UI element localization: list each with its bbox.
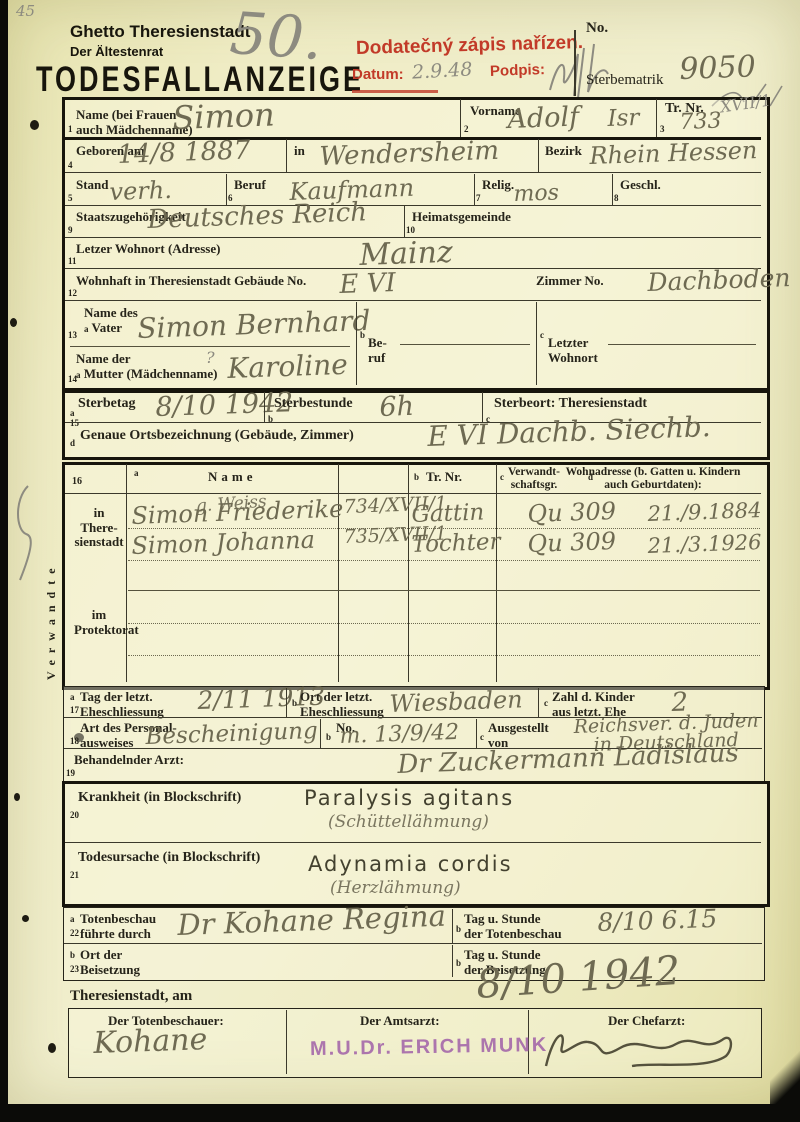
ehe-ort-label: Ort der letzt. Eheschliessung: [300, 690, 384, 719]
ausgestellt-prefix: c: [480, 732, 484, 742]
row-border: [65, 300, 761, 301]
margin-pencil-mark: [8, 480, 38, 590]
name-label-line1: Name (bei Frauen: [76, 107, 176, 122]
col-c-prefix: c: [500, 472, 504, 482]
relig-value: mos: [513, 180, 559, 207]
field-num: 10: [406, 225, 415, 235]
field-num: 11: [68, 256, 77, 266]
letzter-label-line1: Letzter: [548, 335, 588, 350]
beisetzung-ort-label: Ort der Beisetzung: [80, 948, 140, 977]
col-wohn-line2: auch Geburtdaten):: [604, 479, 701, 491]
mutter-pencil-mark: ?: [206, 348, 215, 367]
krankheit-label: Krankheit (in Blockschrift): [78, 790, 241, 806]
cell-divider: [226, 174, 227, 205]
beruf2-label-line1: Be-: [368, 335, 387, 350]
wohnort-label: Letzer Wohnort (Adresse): [76, 242, 220, 257]
verwandte-side-label: Verwandte: [44, 540, 59, 680]
write-line: [70, 346, 350, 347]
in-label: in: [294, 144, 305, 159]
col-b-prefix: b: [414, 472, 419, 482]
bezirk-value: Rhein Hessen: [589, 136, 758, 170]
beisetzung-line1: Ort der: [80, 947, 122, 962]
document-scan: 45 Ghetto Theresienstadt Der Ältestenrat…: [0, 0, 800, 1122]
stand-value: verh.: [109, 176, 172, 206]
no-label: No.: [586, 20, 608, 37]
ehe-ort-prefix: b: [292, 698, 297, 708]
group1-line1: in There-: [80, 505, 117, 535]
cell-divider: [656, 99, 657, 137]
field-num: 1: [68, 124, 73, 134]
dotted-row-line: [128, 560, 760, 561]
paper-speck: [30, 120, 39, 130]
gebaeude-value: E VI: [339, 268, 396, 300]
beisetzung-ort-prefix: b: [70, 950, 75, 960]
field-num: 5: [68, 193, 73, 203]
mutter-value: Karoline: [227, 348, 348, 385]
ausweis-no-value: m. 13/9/42: [339, 720, 459, 749]
dotted-row-line: [128, 623, 760, 624]
field-num: 18: [70, 736, 79, 746]
field-num: 20: [70, 810, 79, 820]
beschau-line1: Totenbeschau: [80, 911, 156, 926]
relative-relation: Tochter: [411, 529, 501, 558]
beschau-zeit-line2: der Totenbeschau: [464, 926, 562, 941]
vorname-value: Adolf: [507, 102, 580, 135]
field-num: 14: [68, 374, 77, 384]
todesursache-value: Adynamia cordis: [308, 852, 513, 876]
field-num: 23: [70, 964, 79, 974]
paper-speck: [10, 318, 17, 327]
cell-divider: [538, 688, 539, 717]
col-wohn-line1: Wohnadresse (b. Gatten u. Kindern: [566, 466, 741, 478]
field-num: 22: [70, 928, 79, 938]
mutter-label: Name der a Mutter (Mädchenname): [76, 352, 217, 381]
mutter-label-line1: Name der: [76, 351, 131, 366]
scan-edge-bottom: [0, 1104, 800, 1122]
vater-label: Name des a Vater: [84, 306, 138, 335]
beruf-label: Beruf: [234, 178, 266, 193]
kinder-line1: Zahl d. Kinder: [552, 689, 635, 704]
vater-label-line2: Vater: [92, 320, 123, 335]
beruf2-label: Be- ruf: [368, 336, 387, 365]
relative-address: Qu 309: [527, 527, 617, 558]
group-border: [128, 590, 760, 591]
letzter-label-line2: Wohnort: [548, 350, 598, 365]
letzter-wohnort-label: Letzter Wohnort: [548, 336, 598, 365]
paper-speck: [48, 1043, 56, 1053]
field-num: 2: [464, 124, 469, 134]
mutter-label-line2: Mutter (Mädchenname): [84, 366, 218, 381]
field-num: 17: [70, 705, 79, 715]
group1-line2: sienstadt: [74, 534, 123, 549]
col-a-prefix: a: [134, 468, 139, 478]
dotted-row-line: [128, 655, 760, 656]
birthplace-value: Wendersheim: [319, 136, 500, 172]
krankheit-sub: (Schüttellähmung): [328, 812, 489, 832]
form-title: TODESFALLANZEIGE: [36, 60, 364, 100]
sterbematrik-label: Sterbematrik: [586, 72, 663, 89]
row-border: [65, 842, 761, 843]
beschau-zeit-label: Tag u. Stunde der Totenbeschau: [464, 912, 562, 941]
letzter-prefix: c: [540, 330, 544, 340]
ehe-ort-value: Wiesbaden: [389, 685, 523, 718]
table-num: 16: [72, 476, 82, 487]
geboren-value: 14/8 1887: [117, 135, 251, 170]
cell-divider: [538, 139, 539, 172]
datum-pencil-value: 2.9.48: [411, 58, 473, 83]
beschau-label: Totenbeschau führte durch: [80, 912, 156, 941]
amtsarzt-stamp: M.U.Dr. ERICH MUNK: [310, 1034, 549, 1061]
sig-divider: [286, 1010, 287, 1074]
relative-birth: 21./9.1884: [647, 498, 762, 526]
beisetzung-zeit-prefix: b: [456, 958, 461, 968]
ehe-prefix: a: [70, 692, 75, 702]
stunde-label: Sterbestunde: [274, 396, 353, 412]
field-num: 4: [68, 160, 73, 170]
chefarzt-signature-scrawl: [536, 1022, 746, 1072]
bezirk-label: Bezirk: [545, 144, 582, 159]
wohnhaft-label: Wohnhaft in Theresienstadt Gebäude No.: [76, 274, 306, 289]
genaue-label: Genaue Ortsbezeichnung (Gebäude, Zimmer): [80, 428, 354, 444]
cell-divider: [286, 139, 287, 172]
beschau-zeit-line1: Tag u. Stunde: [464, 911, 540, 926]
scan-corner-shadow: [770, 1040, 800, 1110]
corner-pencil-mark: 45: [16, 2, 35, 20]
heimat-label: Heimatsgemeinde: [412, 210, 511, 225]
geschl-label: Geschl.: [620, 178, 661, 193]
field-num: 21: [70, 870, 79, 880]
arzt-label: Behandelnder Arzt:: [74, 753, 184, 768]
wohnort-value: Mainz: [359, 235, 453, 273]
sterbetag-label: Sterbetag: [78, 396, 136, 412]
cell-divider: [452, 909, 453, 943]
ausgestellt-line1: Ausgestellt: [488, 720, 549, 735]
cell-divider: [476, 719, 477, 748]
podpis-signature-scrawl: [544, 40, 614, 100]
field-num: 3: [660, 124, 665, 134]
write-line: [400, 344, 530, 345]
stand-label: Stand: [76, 178, 109, 193]
stamp-underline: [352, 90, 438, 93]
col-trnr-header: Tr. Nr.: [426, 470, 462, 485]
krankheit-value: Paralysis agitans: [304, 786, 514, 810]
col-wohn-header: Wohnadresse (b. Gatten u. Kindern auch G…: [548, 466, 758, 492]
cell-divider: [452, 945, 453, 977]
datum-stamp-label: Datum:: [352, 66, 404, 83]
paper-speck: [22, 915, 29, 922]
ehe-tag-line1: Tag der letzt.: [80, 689, 153, 704]
cell-divider: [286, 688, 287, 717]
field-num: 12: [68, 288, 77, 298]
field-num: 13: [68, 330, 77, 340]
col-divider: [126, 464, 127, 682]
beschau-line2: führte durch: [80, 926, 151, 941]
cell-divider: [474, 174, 475, 205]
trnr-value: 733: [679, 109, 722, 135]
podpis-stamp-label: Podpis:: [490, 61, 546, 80]
kinder-prefix: c: [544, 698, 548, 708]
sterbeort-label: Sterbeort: Theresienstadt: [494, 396, 647, 412]
vorname-suffix: Isr: [607, 105, 640, 132]
cell-divider: [264, 392, 265, 422]
beschau-zeit-value: 8/10 6.15: [597, 904, 718, 937]
ehe-tag-label: Tag der letzt. Eheschliessung: [80, 690, 164, 719]
cell-divider: [356, 302, 357, 385]
write-line: [608, 344, 756, 345]
cell-divider: [404, 206, 405, 237]
group-theresienstadt-label: in There- sienstadt: [74, 506, 124, 550]
vater-label-line1: Name des: [84, 305, 138, 320]
paper-speck: [14, 793, 20, 801]
cell-divider: [320, 719, 321, 748]
cell-divider: [460, 99, 461, 137]
col-name-header: Name: [208, 470, 257, 485]
ausweis-no-prefix: b: [326, 732, 331, 742]
todesursache-sub: (Herzlähmung): [330, 878, 461, 898]
relig-label: Relig.: [482, 178, 514, 193]
name-value: Simon: [172, 95, 276, 137]
field-num: 15: [70, 418, 79, 428]
paper-sheet: 45 Ghetto Theresienstadt Der Ältestenrat…: [8, 0, 800, 1104]
row-border: [64, 943, 762, 944]
org-subtitle: Der Ältestenrat: [70, 44, 163, 59]
sterbetag-prefix: a: [70, 408, 75, 418]
relative-birth: 21./3.1926: [647, 530, 762, 558]
scan-edge-left: [0, 0, 8, 1122]
field-num: 19: [66, 768, 75, 778]
header-divider: [574, 30, 576, 96]
todesursache-label: Todesursache (in Blockschrift): [78, 850, 260, 866]
group2-line1: im: [92, 607, 106, 622]
ehe-ort-line1: Ort der letzt.: [300, 689, 372, 704]
field-num: 8: [614, 193, 619, 203]
cell-divider: [612, 174, 613, 205]
vater-prefix: a: [84, 324, 89, 334]
relative-address: Qu 309: [527, 497, 617, 528]
beschau-prefix: a: [70, 914, 75, 924]
totenbeschauer-signature: Kohane: [93, 1022, 208, 1061]
genaue-prefix: d: [70, 438, 75, 448]
beschau-zeit-prefix: b: [456, 924, 461, 934]
beruf2-prefix: b: [360, 330, 365, 340]
beruf2-label-line2: ruf: [368, 350, 385, 365]
group-protektorat-label: im Protektorat: [74, 608, 124, 637]
zimmer-label: Zimmer No.: [536, 274, 604, 289]
field-num: 9: [68, 225, 73, 235]
cell-divider: [536, 302, 537, 385]
beisetzung-line2: Beisetzung: [80, 962, 140, 977]
zimmer-value: Dachboden: [647, 263, 791, 297]
place-date-label: Theresienstadt, am: [70, 988, 192, 1005]
stunde-value: 6h: [379, 391, 415, 423]
field-num: 7: [476, 193, 481, 203]
col-divider: [496, 464, 497, 682]
org-name: Ghetto Theresienstadt: [70, 22, 250, 42]
amtsarzt-label: Der Amtsarzt:: [360, 1014, 440, 1029]
